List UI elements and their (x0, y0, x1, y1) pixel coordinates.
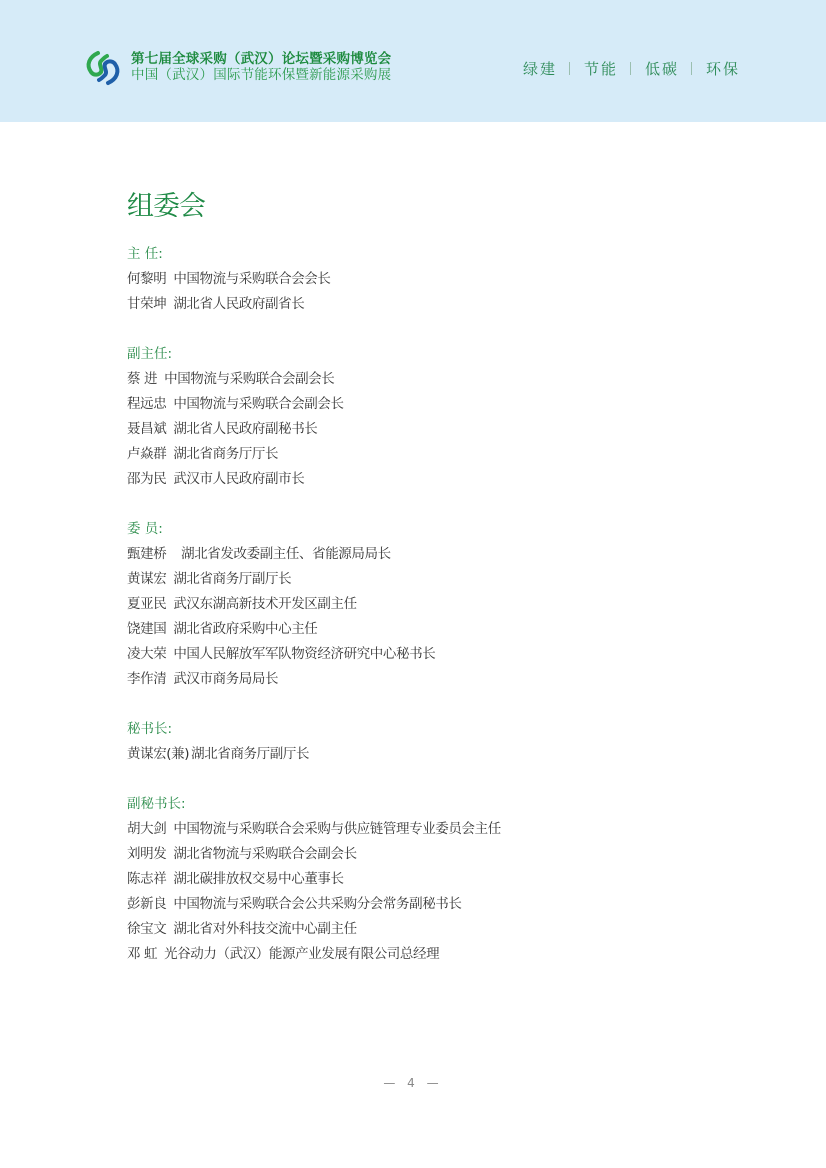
member-title: 湖北省政府采购中心主任 (173, 621, 317, 637)
tagline-item: 环保 (706, 58, 740, 79)
section-deputy-secretary-general: 副秘书长: 胡大剑中国物流与采购联合会采购与供应链管理专业委员会主任 刘明发湖北… (127, 792, 727, 967)
member-row: 胡大剑中国物流与采购联合会采购与供应链管理专业委员会主任 (127, 817, 727, 842)
member-name: 何黎明 (127, 267, 166, 292)
tagline-item: 绿建 (523, 58, 557, 79)
member-row: 邵为民武汉市人民政府副市长 (127, 467, 727, 492)
tagline-item: 低碳 (645, 58, 679, 79)
member-name: 卢焱群 (127, 442, 166, 467)
member-row: 徐宝文湖北省对外科技交流中心副主任 (127, 917, 727, 942)
member-title: 湖北省商务厅副厅长 (191, 746, 309, 762)
event-title: 第七届全球采购（武汉）论坛暨采购博览会 (131, 51, 391, 67)
member-name: 胡大剑 (127, 817, 166, 842)
member-title: 湖北省发改委副主任、省能源局局长 (173, 546, 390, 562)
main-content: 组委会 主 任: 何黎明中国物流与采购联合会会长 甘荣坤湖北省人民政府副省长 副… (127, 188, 727, 992)
member-name: 聂昌斌 (127, 417, 166, 442)
page-number: — 4 — (0, 1076, 826, 1090)
member-row: 彭新良中国物流与采购联合会公共采购分会常务副秘书长 (127, 892, 727, 917)
member-row: 聂昌斌湖北省人民政府副秘书长 (127, 417, 727, 442)
tagline-item: 节能 (584, 58, 618, 79)
member-title: 湖北省人民政府副省长 (173, 296, 304, 312)
member-row: 饶建国湖北省政府采购中心主任 (127, 617, 727, 642)
event-subtitle: 中国（武汉）国际节能环保暨新能源采购展 (131, 67, 391, 83)
member-title: 中国物流与采购联合会副会长 (164, 371, 334, 387)
member-title: 湖北省物流与采购联合会副会长 (173, 846, 356, 862)
member-title: 光谷动力（武汉）能源产业发展有限公司总经理 (164, 946, 439, 962)
divider (630, 62, 631, 75)
member-row: 蔡 进中国物流与采购联合会副会长 (127, 367, 727, 392)
member-title: 武汉东湖高新技术开发区副主任 (173, 596, 356, 612)
member-row: 卢焱群湖北省商务厅厅长 (127, 442, 727, 467)
member-title: 中国物流与采购联合会会长 (173, 271, 330, 287)
member-row: 凌大荣中国人民解放军军队物资经济研究中心秘书长 (127, 642, 727, 667)
member-row: 甄建桥 湖北省发改委副主任、省能源局局长 (127, 542, 727, 567)
member-row: 黄谋宏湖北省商务厅副厅长 (127, 567, 727, 592)
member-name: 邵为民 (127, 467, 166, 492)
member-title: 中国物流与采购联合会副会长 (173, 396, 343, 412)
member-name: 饶建国 (127, 617, 166, 642)
page-title: 组委会 (127, 188, 727, 226)
member-title: 中国人民解放军军队物资经济研究中心秘书长 (173, 646, 435, 662)
member-row: 何黎明中国物流与采购联合会会长 (127, 267, 727, 292)
member-row: 甘荣坤湖北省人民政府副省长 (127, 292, 727, 317)
member-row: 刘明发湖北省物流与采购联合会副会长 (127, 842, 727, 867)
member-name: 李作清 (127, 667, 166, 692)
member-row: 李作清武汉市商务局局长 (127, 667, 727, 692)
member-name: 程远忠 (127, 392, 166, 417)
member-title: 湖北省人民政府副秘书长 (173, 421, 317, 437)
member-row: 邓 虹光谷动力（武汉）能源产业发展有限公司总经理 (127, 942, 727, 967)
document-page: 第七届全球采购（武汉）论坛暨采购博览会 中国（武汉）国际节能环保暨新能源采购展 … (0, 0, 826, 1168)
member-name: 黄谋宏(兼) (127, 742, 189, 767)
page-header: 第七届全球采购（武汉）论坛暨采购博览会 中国（武汉）国际节能环保暨新能源采购展 … (0, 0, 826, 122)
member-title: 湖北省商务厅厅长 (173, 446, 278, 462)
member-title: 武汉市商务局局长 (173, 671, 278, 687)
member-title: 武汉市人民政府副市长 (173, 471, 304, 487)
member-name: 陈志祥 (127, 867, 166, 892)
divider (569, 62, 570, 75)
section-secretary-general: 秘书长: 黄谋宏(兼)湖北省商务厅副厅长 (127, 717, 727, 767)
member-row: 夏亚民武汉东湖高新技术开发区副主任 (127, 592, 727, 617)
section-label: 副秘书长: (127, 792, 727, 817)
member-name: 凌大荣 (127, 642, 166, 667)
member-name: 甘荣坤 (127, 292, 166, 317)
header-titles: 第七届全球采购（武汉）论坛暨采购博览会 中国（武汉）国际节能环保暨新能源采购展 (131, 51, 391, 83)
divider (691, 62, 692, 75)
section-members: 委 员: 甄建桥 湖北省发改委副主任、省能源局局长 黄谋宏湖北省商务厅副厅长 夏… (127, 517, 727, 692)
member-name: 刘明发 (127, 842, 166, 867)
section-label: 副主任: (127, 342, 727, 367)
member-name: 黄谋宏 (127, 567, 166, 592)
intertwined-s-logo-icon (83, 48, 123, 88)
member-name: 甄建桥 (127, 542, 166, 567)
member-title: 湖北碳排放权交易中心董事长 (173, 871, 343, 887)
tagline: 绿建 节能 低碳 环保 (523, 58, 740, 79)
member-title: 中国物流与采购联合会公共采购分会常务副秘书长 (173, 896, 461, 912)
member-name: 徐宝文 (127, 917, 166, 942)
member-title: 湖北省对外科技交流中心副主任 (173, 921, 356, 937)
member-name: 彭新良 (127, 892, 166, 917)
member-row: 陈志祥湖北碳排放权交易中心董事长 (127, 867, 727, 892)
member-name: 夏亚民 (127, 592, 166, 617)
section-label: 秘书长: (127, 717, 727, 742)
section-deputy-director: 副主任: 蔡 进中国物流与采购联合会副会长 程远忠中国物流与采购联合会副会长 聂… (127, 342, 727, 492)
section-director: 主 任: 何黎明中国物流与采购联合会会长 甘荣坤湖北省人民政府副省长 (127, 242, 727, 317)
member-name: 蔡 进 (127, 367, 157, 392)
section-label: 委 员: (127, 517, 727, 542)
member-title: 湖北省商务厅副厅长 (173, 571, 291, 587)
member-row: 程远忠中国物流与采购联合会副会长 (127, 392, 727, 417)
member-title: 中国物流与采购联合会采购与供应链管理专业委员会主任 (173, 821, 501, 837)
member-name: 邓 虹 (127, 942, 157, 967)
member-row: 黄谋宏(兼)湖北省商务厅副厅长 (127, 742, 727, 767)
section-label: 主 任: (127, 242, 727, 267)
